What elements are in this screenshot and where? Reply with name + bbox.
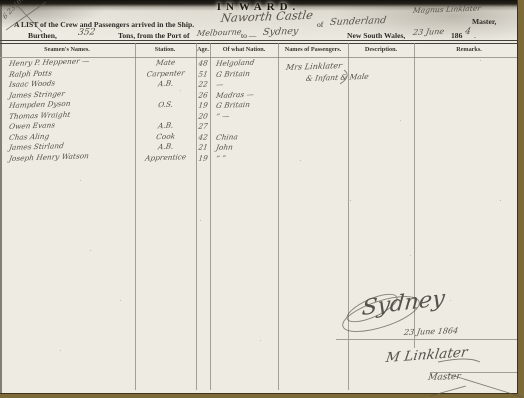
state-label: New South Wales, [347,31,405,40]
row-station: O.S. [134,99,197,111]
arrival-date-script: 23 June [412,27,444,37]
column-header: Age. [197,46,209,53]
column-header: Of what Nation. [223,46,265,53]
footer-date-script: 23 June 1864 [403,326,458,337]
row-age: 19 [190,100,216,111]
column-header: Description. [365,46,397,53]
row-station: Apprentice [134,152,197,164]
burthen-value-script: 352 [77,27,96,38]
burthen-label: Burthen, [28,31,57,40]
year-script: 4 [464,27,471,37]
port-from-script: Melbourne [196,27,242,38]
date-underline [336,339,517,340]
header-rule-top [0,40,517,41]
column-header: Names of Passengers. [285,46,342,53]
column-header: Remarks. [456,46,482,53]
table-row: Joseph Henry WatsonApprentice19” ” [0,154,360,165]
header-line1-label: A LIST of the Crew and Passengers arrive… [14,20,194,29]
port-to-script: Sydney [262,26,299,38]
period-mark: . [474,31,476,40]
tons-label: Tons, from the Port of [118,31,190,40]
column-header: Seamen's Names. [44,46,90,53]
header-rule-bottom [0,43,517,44]
column-header: Station. [155,46,175,53]
row-age: 19 [190,153,216,164]
home-port-script: Sunderland [329,15,387,28]
signature-title-script: Master [427,372,461,383]
of-label: of [317,20,323,29]
master-label: Master, [472,17,496,26]
year-printed: 186 [451,31,462,40]
to-label: to — [241,31,256,40]
row-station: A.B. [134,78,197,90]
row-age: 22 [190,79,216,90]
scanned-document: INWARD. 6 23. 6. A LIST of the Crew and … [0,0,524,398]
